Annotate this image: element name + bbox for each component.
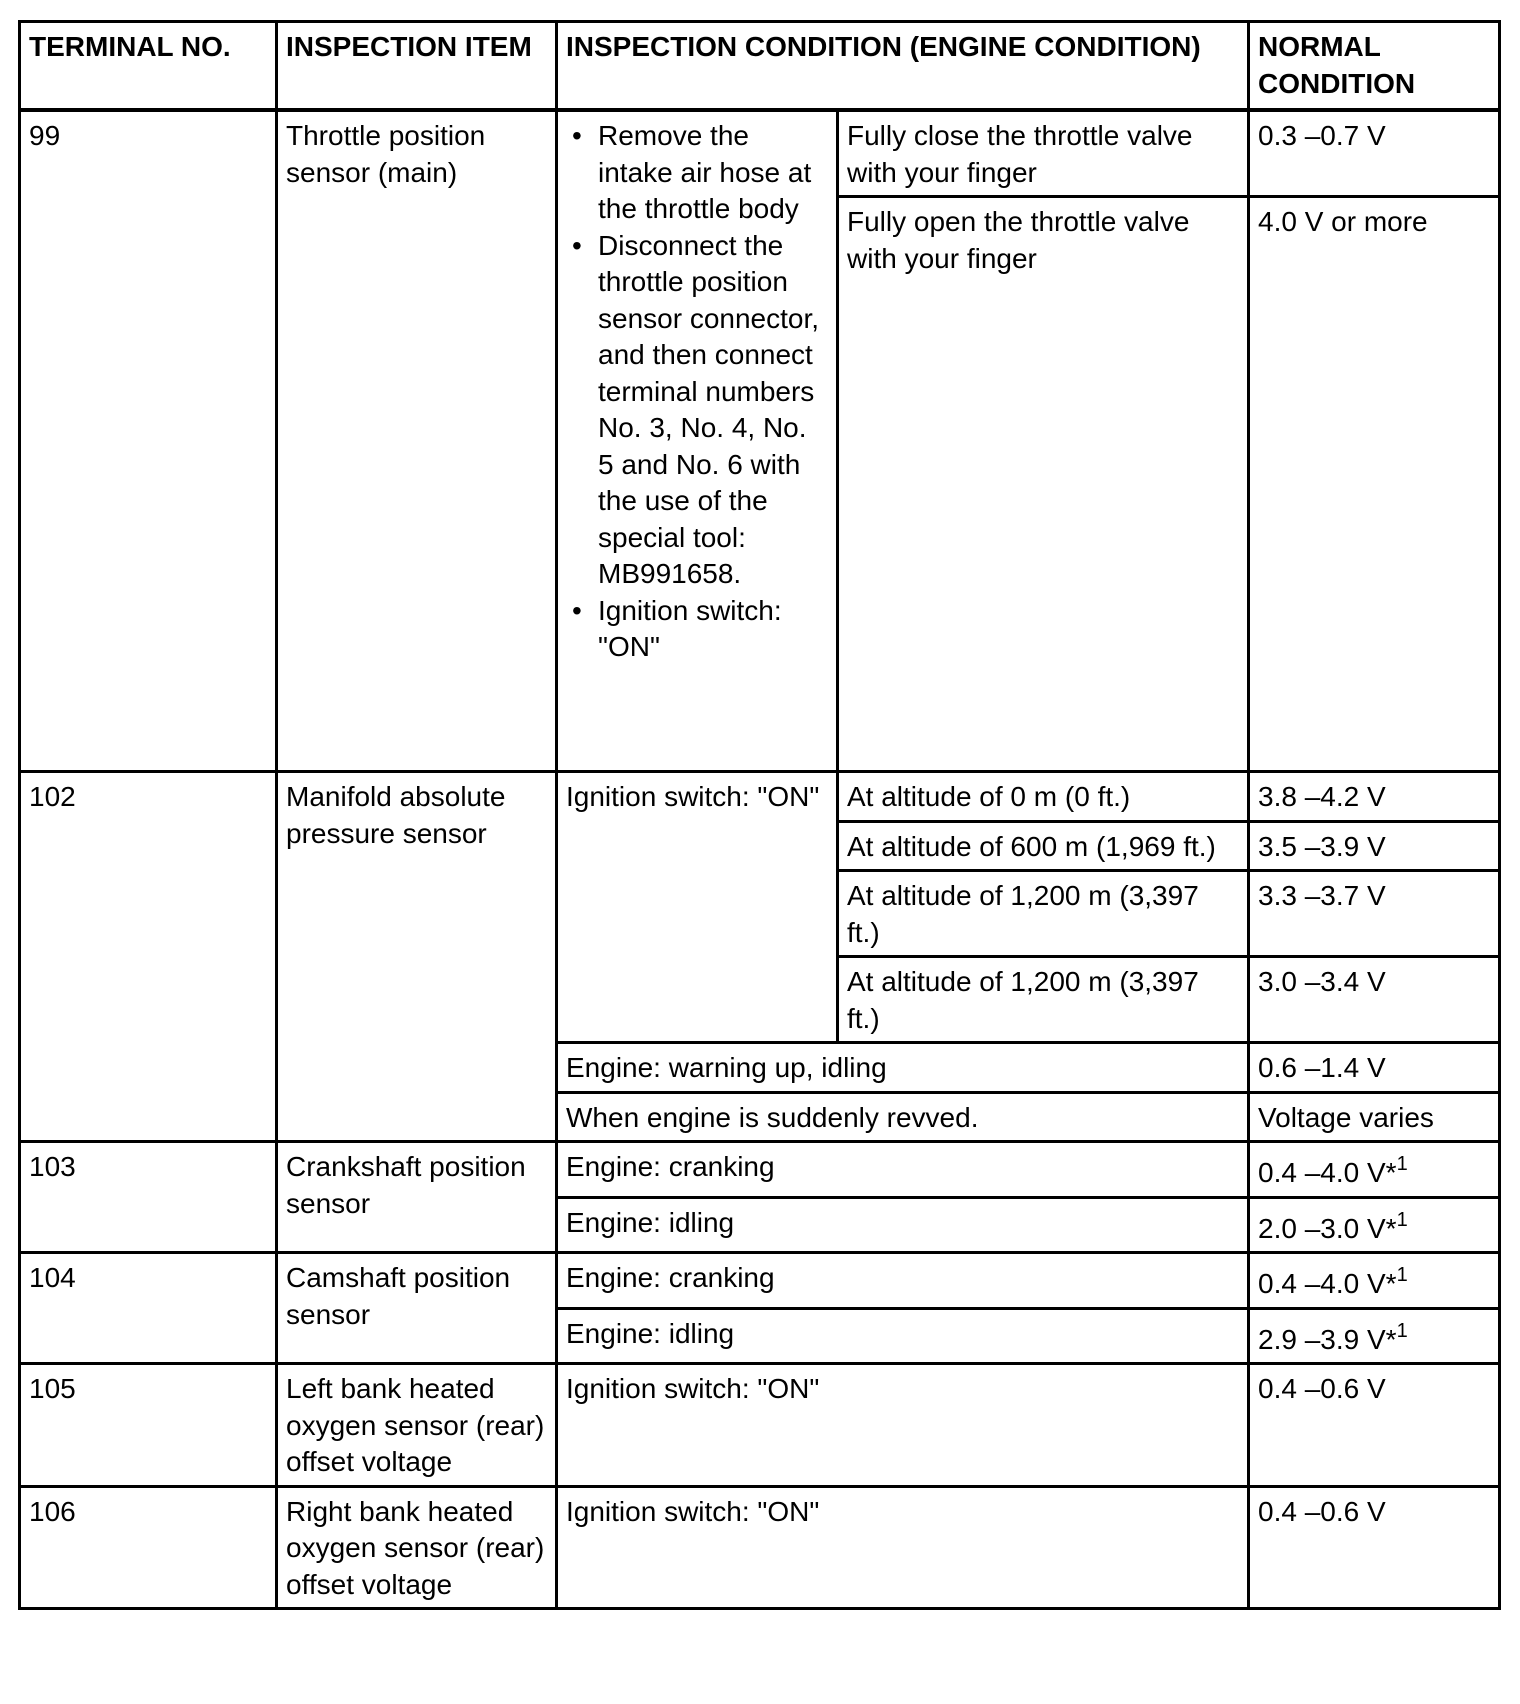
condition-cell: When engine is suddenly revved. (557, 1092, 1249, 1142)
table-row: 106 Right bank heated oxygen sensor (rea… (20, 1486, 1500, 1609)
item-cell: Camshaft position sensor (277, 1253, 557, 1364)
normal-value: 2.0 –3.0 V* (1258, 1213, 1397, 1244)
condition-cell: Engine: warning up, idling (557, 1043, 1249, 1093)
prep-cell: Remove the intake air hose at the thrott… (557, 110, 838, 772)
normal-cell: Voltage varies (1249, 1092, 1500, 1142)
item-cell: Right bank heated oxygen sensor (rear) o… (277, 1486, 557, 1609)
prep-step: Ignition switch: "ON" (598, 593, 828, 666)
prep-step: Remove the intake air hose at the thrott… (598, 118, 828, 228)
condition-cell: At altitude of 0 m (0 ft.) (838, 772, 1249, 822)
terminal-cell: 106 (20, 1486, 277, 1609)
normal-cell: 2.9 –3.9 V*1 (1249, 1308, 1500, 1364)
normal-cell: 4.0 V or more (1249, 197, 1500, 772)
condition-cell: Engine: cranking (557, 1253, 1249, 1309)
normal-cell: 3.8 –4.2 V (1249, 772, 1500, 822)
terminal-inspection-table: TERMINAL NO. INSPECTION ITEM INSPECTION … (18, 20, 1501, 1610)
footnote-ref: 1 (1397, 1209, 1408, 1231)
table-row: 104 Camshaft position sensor Engine: cra… (20, 1253, 1500, 1309)
normal-value: 0.4 –4.0 V* (1258, 1157, 1397, 1188)
condition-cell: Engine: idling (557, 1308, 1249, 1364)
header-terminal-no: TERMINAL NO. (20, 22, 277, 111)
footnote-ref: 1 (1397, 1264, 1408, 1286)
condition-cell: Ignition switch: "ON" (557, 1364, 1249, 1487)
condition-cell: At altitude of 1,200 m (3,397 ft.) (838, 871, 1249, 957)
normal-cell: 0.6 –1.4 V (1249, 1043, 1500, 1093)
normal-cell: 3.5 –3.9 V (1249, 821, 1500, 871)
prep-step: Disconnect the throttle position sensor … (598, 228, 828, 593)
footnote-ref: 1 (1397, 1320, 1408, 1342)
condition-cell: Engine: idling (557, 1197, 1249, 1253)
normal-cell: 0.4 –4.0 V*1 (1249, 1142, 1500, 1198)
prep-cell: Ignition switch: "ON" (557, 772, 838, 1043)
table-row: 105 Left bank heated oxygen sensor (rear… (20, 1364, 1500, 1487)
terminal-cell: 103 (20, 1142, 277, 1253)
condition-cell: Engine: cranking (557, 1142, 1249, 1198)
normal-value: 2.9 –3.9 V* (1258, 1324, 1397, 1355)
condition-cell: At altitude of 600 m (1,969 ft.) (838, 821, 1249, 871)
condition-cell: At altitude of 1,200 m (3,397 ft.) (838, 957, 1249, 1043)
condition-cell: Ignition switch: "ON" (557, 1486, 1249, 1609)
normal-cell: 0.3 –0.7 V (1249, 110, 1500, 197)
normal-cell: 0.4 –0.6 V (1249, 1486, 1500, 1609)
header-inspection-condition: INSPECTION CONDITION (ENGINE CONDITION) (557, 22, 1249, 111)
header-inspection-item: INSPECTION ITEM (277, 22, 557, 111)
item-cell: Throttle position sensor (main) (277, 110, 557, 772)
normal-cell: 3.0 –3.4 V (1249, 957, 1500, 1043)
item-cell: Manifold absolute pressure sensor (277, 772, 557, 1142)
prep-steps-list: Remove the intake air hose at the thrott… (566, 118, 828, 666)
terminal-cell: 102 (20, 772, 277, 1142)
table-row: 103 Crankshaft position sensor Engine: c… (20, 1142, 1500, 1198)
normal-cell: 0.4 –4.0 V*1 (1249, 1253, 1500, 1309)
document-page: TERMINAL NO. INSPECTION ITEM INSPECTION … (18, 20, 1501, 1610)
table-row: 102 Manifold absolute pressure sensor Ig… (20, 772, 1500, 822)
normal-cell: 0.4 –0.6 V (1249, 1364, 1500, 1487)
item-cell: Left bank heated oxygen sensor (rear) of… (277, 1364, 557, 1487)
terminal-cell: 99 (20, 110, 277, 772)
table-row: 99 Throttle position sensor (main) Remov… (20, 110, 1500, 197)
footnote-ref: 1 (1397, 1153, 1408, 1175)
terminal-cell: 104 (20, 1253, 277, 1364)
header-normal-condition: NORMAL CONDITION (1249, 22, 1500, 111)
normal-value: 0.4 –4.0 V* (1258, 1268, 1397, 1299)
condition-cell: Fully open the throttle valve with your … (838, 197, 1249, 772)
normal-cell: 2.0 –3.0 V*1 (1249, 1197, 1500, 1253)
item-cell: Crankshaft position sensor (277, 1142, 557, 1253)
table-header-row: TERMINAL NO. INSPECTION ITEM INSPECTION … (20, 22, 1500, 111)
normal-cell: 3.3 –3.7 V (1249, 871, 1500, 957)
terminal-cell: 105 (20, 1364, 277, 1487)
condition-cell: Fully close the throttle valve with your… (838, 110, 1249, 197)
